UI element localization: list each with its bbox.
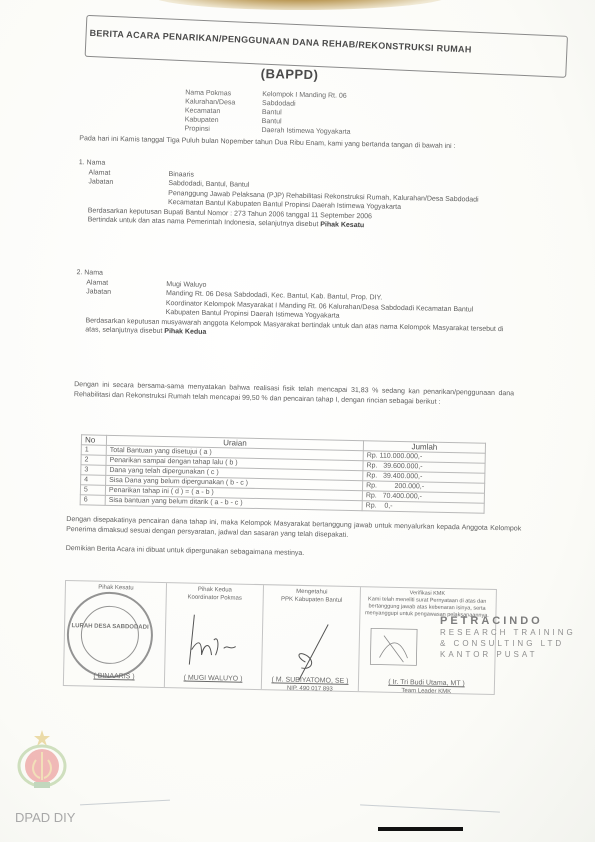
document-body: BERITA ACARA PENARIKAN/PENGGUNAAN DANA R…: [57, 10, 572, 720]
party-one: 1. Nama AlamatBinaaris JabatanSabdodadi,…: [78, 158, 519, 234]
signer-name: ( M. SUBIYATOMO, SE ): [262, 676, 358, 685]
signature-party-two: Pihak Kedua Koordinator Pokmas ( MUGI WA…: [165, 583, 264, 689]
signature-scribble: [183, 609, 244, 670]
redaction-bar: [378, 827, 463, 831]
info-block: Nama PokmasKelompok I Manding Rt. 06 Kal…: [184, 88, 351, 136]
signer-name: ( MUGI WALUYO ): [165, 674, 261, 683]
official-stamp: LURAH DESA SABDODADI: [66, 591, 154, 679]
closing-statement: Demikian Berita Acara ini dibuat untuk d…: [66, 544, 521, 563]
party-two-role: Pihak Kedua: [164, 328, 206, 336]
scan-artifact: [80, 800, 170, 806]
opening-paragraph: Pada hari ini Kamis tanggal Tiga Puluh b…: [79, 134, 504, 152]
scan-artifact: [360, 804, 500, 812]
signature-table: Pihak Kesatu LURAH DESA SABDODADI ( BINA…: [63, 580, 497, 695]
header-no: No: [81, 435, 106, 446]
signature-ppk: Mengetahui PPK Kabupaten Bantul ( M. SUB…: [262, 585, 361, 691]
funds-table: No Uraian Jumlah 1Total Bantuan yang dis…: [80, 434, 486, 513]
statement-paragraph: Dengan ini secara bersama-sama menyataka…: [74, 380, 514, 408]
kmk-stamp: [369, 627, 420, 668]
footer-watermark: DPAD DIY: [15, 810, 75, 825]
consultant-stamp: PETRACINDO RESEARCH TRAINING & CONSULTIN…: [440, 616, 576, 660]
signer-name: ( BINAARIS ): [64, 672, 164, 681]
signature-scribble: [287, 622, 338, 683]
party-one-number: 1. Nama: [79, 158, 106, 168]
scanned-page: BERITA ACARA PENARIKAN/PENGGUNAAN DANA R…: [0, 0, 595, 842]
signer-nip: NIP. 490 017 893: [262, 685, 358, 693]
dpad-emblem-icon: [16, 730, 68, 790]
document-subtitle: (BAPPD): [261, 66, 319, 82]
party-two-number: 2. Nama: [76, 268, 103, 278]
signer-title: Team Leader KMK: [359, 687, 494, 696]
scan-edge-shadow: [150, 0, 450, 10]
signature-party-one: Pihak Kesatu LURAH DESA SABDODADI ( BINA…: [64, 581, 167, 687]
closing-paragraph: Dengan disepakatinya pencairan dana taha…: [66, 515, 521, 544]
party-one-role: Pihak Kesatu: [320, 220, 364, 230]
party-two: 2. Nama AlamatMugi Waluyo JabatanManding…: [75, 268, 516, 344]
signer-name: ( Ir. Tri Budi Utama, MT ): [359, 678, 494, 688]
